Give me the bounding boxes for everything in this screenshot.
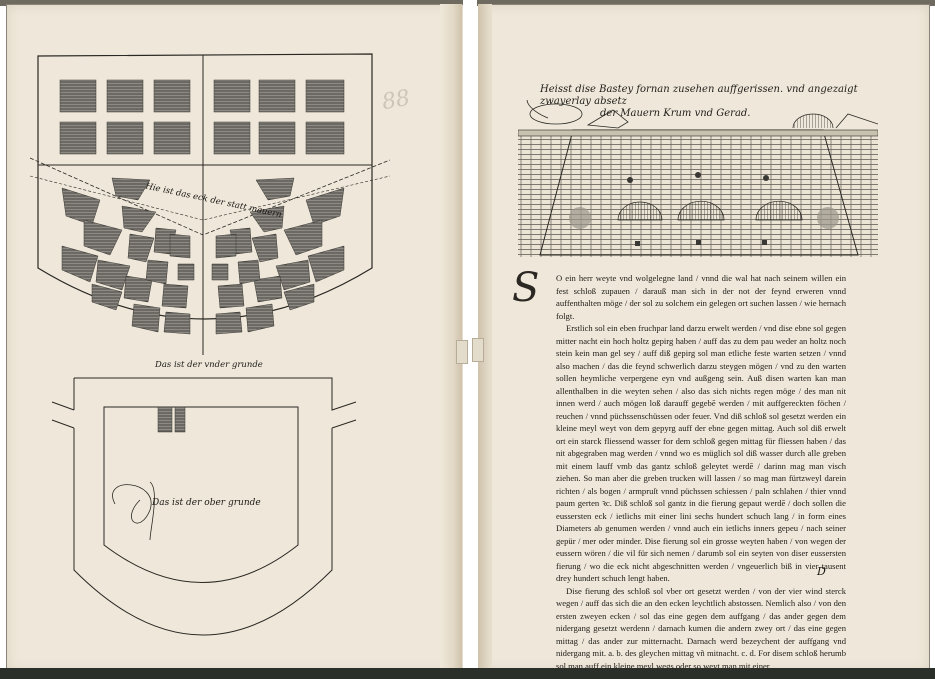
upper-ground-caption: Das ist der ober grunde	[152, 498, 261, 508]
paragraph-1: O ein herr weyte vnd wolgelegne land / v…	[556, 272, 846, 322]
drop-cap: S	[512, 268, 539, 308]
page-tab-right	[472, 338, 484, 362]
treatise-body-text: O ein herr weyte vnd wolgelegne land / v…	[556, 272, 846, 672]
upper-ground-plan-diagram	[0, 0, 470, 380]
page-tab-left	[456, 340, 468, 364]
paragraph-2: Erstlich sol ein eben fruchpar land darz…	[556, 322, 846, 585]
book-bottom-shadow	[0, 668, 935, 679]
lower-ground-caption: Das ist der vnder grunde	[155, 360, 263, 370]
bastion-illustration	[518, 100, 878, 260]
upper-ground-outline-diagram	[0, 370, 470, 670]
catchword: D	[817, 565, 826, 578]
paragraph-3: Dise fierung des schloß sol vber ort ges…	[556, 585, 846, 673]
right-gutter	[478, 4, 492, 670]
